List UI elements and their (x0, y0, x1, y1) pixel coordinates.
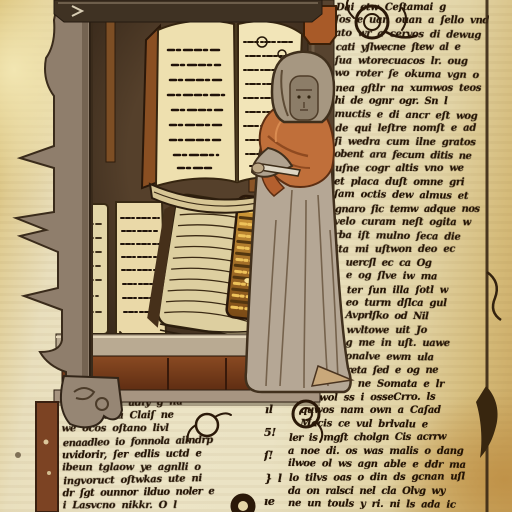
script-line: ſ! (264, 444, 288, 467)
left-margin-rule (15, 402, 58, 512)
script-line: a noe di. os was malis o dang (288, 445, 486, 458)
lectern-pole-right (249, 16, 264, 192)
paring-knife-icon (260, 164, 300, 176)
top-bar (54, 0, 322, 22)
right-page-script (244, 42, 294, 166)
script-line: Dai ctw Ceſtamai g (336, 1, 490, 15)
script-line: da on ralsci nel cla Olvg wy (288, 485, 486, 498)
fanned-open-book (146, 192, 300, 347)
script-line: velo curam neſt ogita w (334, 216, 488, 230)
script-line: ſam octis dew almus et (334, 188, 488, 204)
script-line: e og ſlve iw ma (333, 269, 487, 285)
script-line: Avprlſko od Nil (333, 309, 487, 325)
manuscript-page: Dai ctw Ceſtamai gſos e uan ouan a ſello… (0, 0, 512, 512)
script-line: 5! (264, 421, 288, 444)
script-line: wvltowe uit Jo (334, 324, 488, 338)
lectern-pole-left (106, 22, 115, 162)
thorned-left-post (16, 0, 92, 400)
script-line: ıl (265, 398, 289, 421)
right-post (304, 0, 336, 392)
script-line: ler is mgſt cholgn Cis acrrw (289, 430, 487, 445)
script-line: ıe (264, 490, 288, 512)
shelf-and-base (54, 334, 320, 406)
script-line: lo tilvs oas o din ds gcnan uſl (289, 471, 487, 486)
script-line: et C wol ss i osseCrro. ls (289, 390, 487, 405)
gilded-book (226, 195, 298, 323)
script-line: i Lasvcno nikkr. O l (63, 500, 263, 512)
script-line: ter ſun illa ſotl w (334, 283, 488, 297)
orange-cowl (260, 102, 334, 187)
script-line: de qui leſtre nomſt e ad (335, 122, 489, 136)
script-line: wo roter ſe okuma vgn o (335, 67, 489, 83)
wood-panel (62, 356, 314, 392)
script-line: ita mi uſtwon deo ec (335, 243, 489, 257)
left-page-script (168, 50, 224, 168)
hand (252, 163, 264, 173)
open-book (142, 21, 302, 213)
script-line: gnaro ſic temw adque nos (335, 203, 489, 217)
script-line: reta ſed e og ne (334, 364, 488, 378)
face (290, 76, 318, 120)
hood (272, 52, 334, 122)
parchment-leaves (66, 202, 166, 339)
text-column-bottom-right: et C wol ss i osseCrro. ls quwos nam own… (288, 391, 486, 512)
robe-folds (266, 190, 338, 388)
script-line: cati yſlwecne ſtew al e (336, 41, 490, 55)
orange-capital (304, 6, 336, 44)
miniature-frame (90, 14, 322, 358)
script-line: } l (265, 467, 289, 490)
script-line: ne un touls y ri. ni ls ada ic (288, 497, 486, 512)
script-line: hi de ognr ogr. Sn l (334, 95, 488, 109)
column-divider-marks: ıl5!ſ!} lıe (264, 398, 288, 512)
script-line: g me in uſt. uawe (333, 337, 487, 351)
text-column-bottom-left: un wob adly g ha a lud una Claiſ newe oc… (61, 396, 263, 512)
script-line: uſne cogr altis vno we (335, 162, 489, 176)
script-line: nea gſtlr na xumwos teos (336, 81, 490, 95)
text-column-right: Dai ctw Ceſtamai gſos e uan ouan a ſello… (333, 1, 489, 392)
sleeve (252, 148, 292, 177)
script-line: quwos nam own a Caſad (288, 404, 486, 417)
